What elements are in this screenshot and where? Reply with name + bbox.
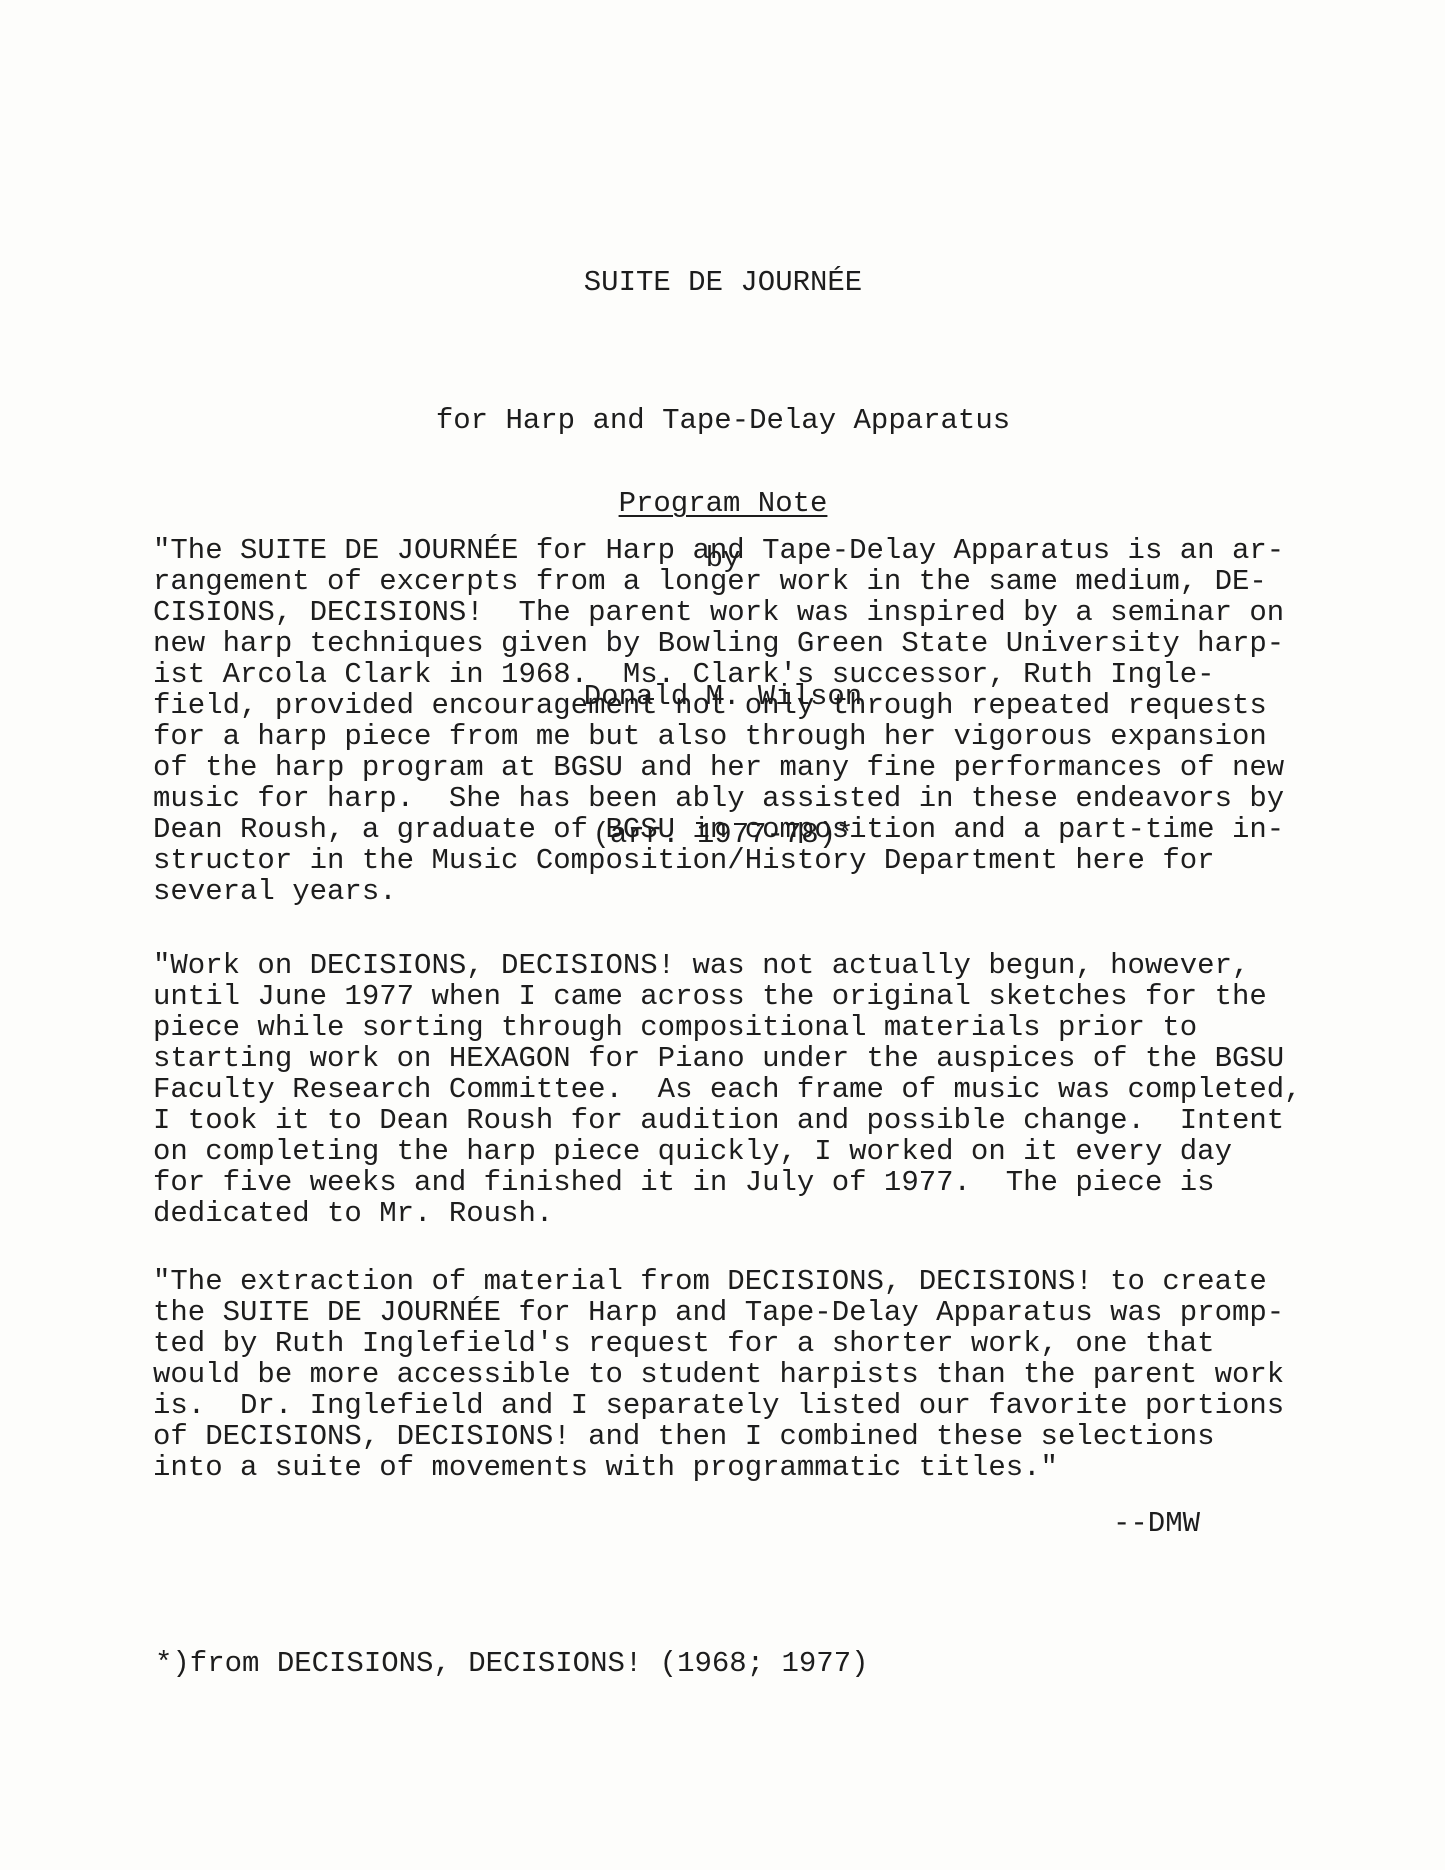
paragraph-3: "The extraction of material from DECISIO…	[153, 1266, 1284, 1483]
section-heading-program-note: Program Note	[619, 487, 828, 520]
document-subtitle: for Harp and Tape-Delay Apparatus	[153, 398, 1293, 444]
footnote: *)from DECISIONS, DECISIONS! (1968; 1977…	[155, 1648, 869, 1679]
paragraph-1: "The SUITE DE JOURNÉE for Harp and Tape-…	[153, 535, 1284, 907]
signature-initials: --DMW	[1113, 1508, 1200, 1539]
typewritten-page: SUITE DE JOURNÉE for Harp and Tape-Delay…	[0, 0, 1445, 1870]
paragraph-2: "Work on DECISIONS, DECISIONS! was not a…	[153, 950, 1302, 1229]
section-heading-wrap: Program Note	[153, 488, 1293, 519]
document-title: SUITE DE JOURNÉE	[153, 260, 1293, 306]
